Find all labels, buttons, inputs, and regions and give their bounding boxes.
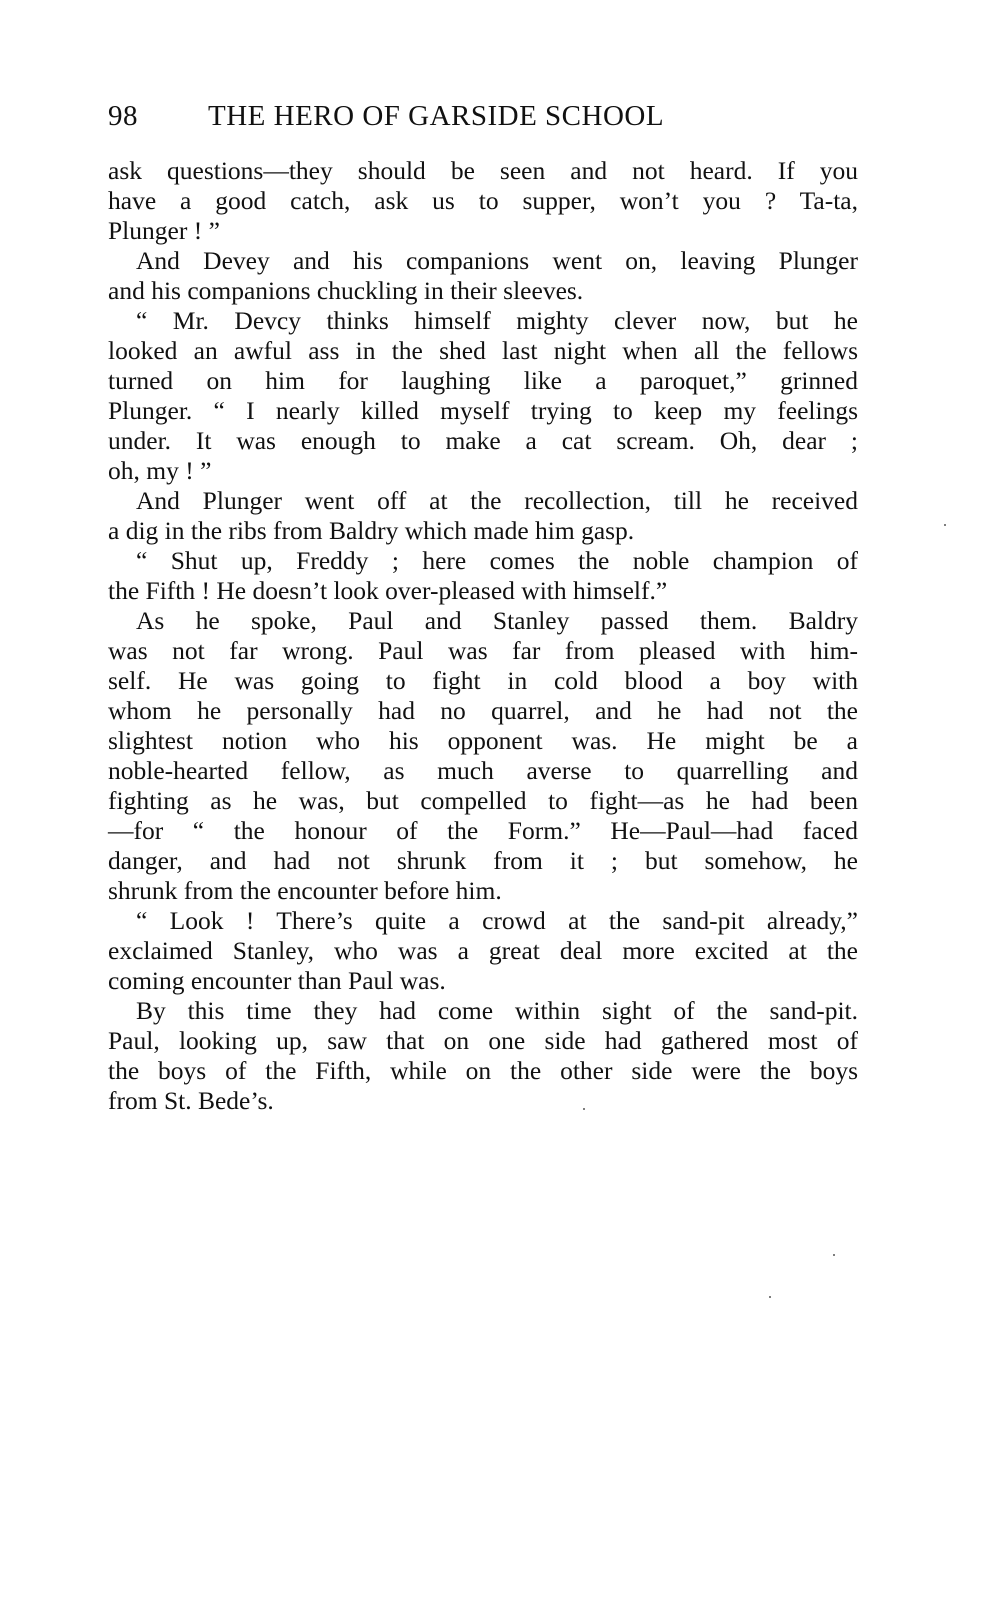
book-page: 98THE HERO OF GARSIDE SCHOOL ask questio… — [0, 0, 1000, 1610]
paragraph-start: By this time they had come within sight … — [108, 996, 858, 1026]
paragraph-start: “ Mr. Devcy thinks himself mighty clever… — [108, 306, 858, 336]
text-line: a dig in the ribs from Baldry which made… — [108, 516, 858, 546]
paragraph-start: As he spoke, Paul and Stanley passed the… — [108, 606, 858, 636]
text-line: the boys of the Fifth, while on the othe… — [108, 1056, 858, 1086]
scan-speck — [833, 1254, 835, 1256]
text-line: slightest notion who his opponent was. H… — [108, 726, 858, 756]
page-number: 98 — [108, 98, 208, 134]
running-title: THE HERO OF GARSIDE SCHOOL — [208, 100, 664, 132]
scan-speck — [769, 1296, 771, 1298]
paragraph-start: And Devey and his companions went on, le… — [108, 246, 858, 276]
text-line: and his companions chuckling in their sl… — [108, 276, 858, 306]
text-line: shrunk from the encounter before him. — [108, 876, 858, 906]
text-line: Plunger. “ I nearly killed myself trying… — [108, 396, 858, 426]
text-line: coming encounter than Paul was. — [108, 966, 858, 996]
text-line: self. He was going to fight in cold bloo… — [108, 666, 858, 696]
text-line: Plunger ! ” — [108, 216, 858, 246]
paragraph-start: “ Look ! There’s quite a crowd at the sa… — [108, 906, 858, 936]
text-line: —for “ the honour of the Form.” He—Paul—… — [108, 816, 858, 846]
text-line: was not far wrong. Paul was far from ple… — [108, 636, 858, 666]
text-line: under. It was enough to make a cat screa… — [108, 426, 858, 456]
scan-speck — [583, 1108, 585, 1110]
paragraph-start: And Plunger went off at the recollection… — [108, 486, 858, 516]
paragraph-start: “ Shut up, Freddy ; here comes the noble… — [108, 546, 858, 576]
text-line: turned on him for laughing like a paroqu… — [108, 366, 858, 396]
body-text: ask questions—they should be seen and no… — [108, 156, 858, 1116]
text-line: ask questions—they should be seen and no… — [108, 156, 858, 186]
text-line: oh, my ! ” — [108, 456, 858, 486]
text-line: from St. Bede’s. — [108, 1086, 858, 1116]
scan-speck — [944, 524, 946, 526]
text-line: whom he personally had no quarrel, and h… — [108, 696, 858, 726]
text-line: danger, and had not shrunk from it ; but… — [108, 846, 858, 876]
text-line: noble-hearted fellow, as much averse to … — [108, 756, 858, 786]
text-line: exclaimed Stanley, who was a great deal … — [108, 936, 858, 966]
text-line: fighting as he was, but compelled to fig… — [108, 786, 858, 816]
text-line: looked an awful ass in the shed last nig… — [108, 336, 858, 366]
running-head: 98THE HERO OF GARSIDE SCHOOL — [108, 98, 868, 134]
text-line: the Fifth ! He doesn’t look over-pleased… — [108, 576, 858, 606]
text-line: Paul, looking up, saw that on one side h… — [108, 1026, 858, 1056]
text-line: have a good catch, ask us to supper, won… — [108, 186, 858, 216]
